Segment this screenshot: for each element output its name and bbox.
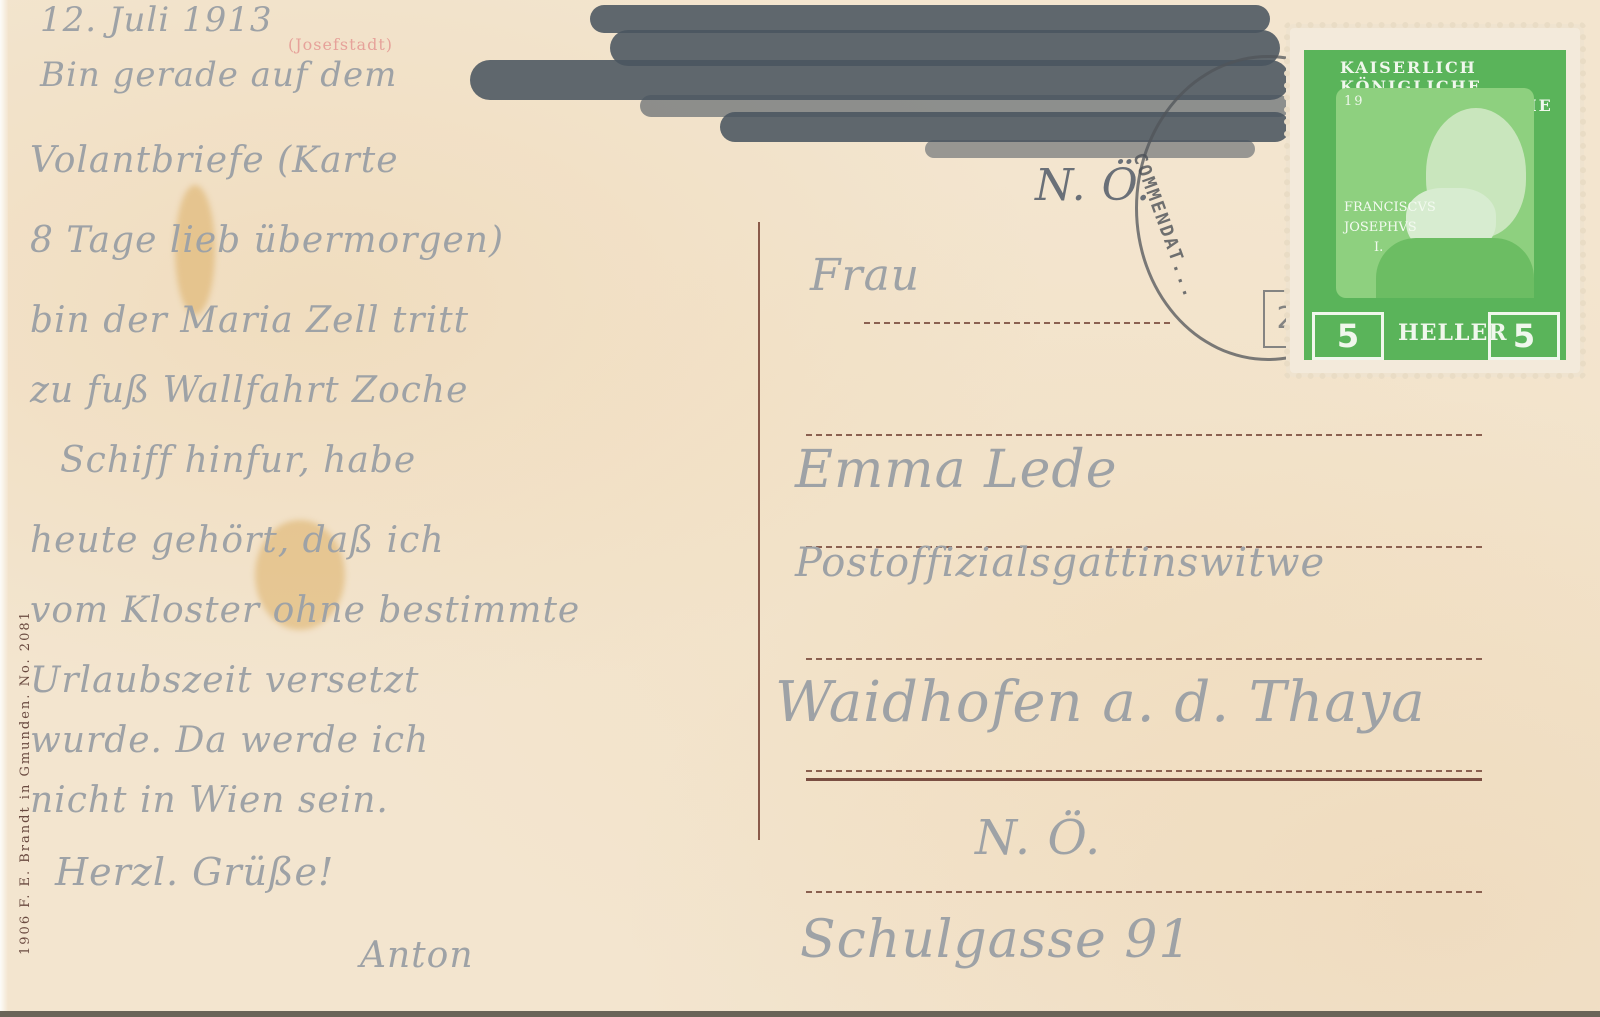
address-dotted-line: [864, 322, 1170, 324]
message-line: nicht in Wien sein.: [30, 780, 389, 821]
address-street: Schulgasse 91: [800, 910, 1193, 970]
date-line: 12. Juli 1913: [40, 0, 273, 40]
address-dotted-line: [806, 658, 1482, 660]
divider-line: [758, 222, 760, 840]
scribble-stroke: [590, 5, 1270, 33]
stamp-value-right: 5: [1488, 312, 1560, 360]
message-line: Volantbriefe (Karte: [30, 140, 399, 181]
postage-stamp: KAISERLICH KÖNIGLICHE ÖSTERREICHISCHE PO…: [1290, 28, 1580, 373]
address-dotted-line: [806, 891, 1482, 893]
message-line: zu fuß Wallfahrt Zoche: [30, 370, 468, 411]
scribble-stroke: [470, 60, 1290, 100]
address-region: N. Ö.: [975, 810, 1101, 866]
address-dotted-line: [806, 434, 1482, 436]
message-line: 8 Tage lieb übermorgen): [30, 220, 504, 261]
address-underline: [806, 778, 1482, 781]
message-line: Bin gerade auf dem: [40, 55, 397, 95]
message-line: bin der Maria Zell tritt: [30, 300, 469, 341]
message-line: heute gehört, daß ich: [30, 520, 445, 561]
emperor-portrait-icon: [1336, 88, 1534, 298]
message-line: vom Kloster ohne bestimmte: [30, 590, 580, 631]
stamp-year: 19: [1344, 94, 1365, 109]
postcard: 1906 F. E. Brandt in Gmunden. No. 2081 (…: [0, 0, 1600, 1017]
message-line: Schiff hinfur, habe: [60, 440, 416, 481]
message-line: Urlaubszeit versetzt: [30, 660, 419, 701]
address-dotted-line: [806, 770, 1482, 772]
address-name: Emma Lede: [795, 440, 1117, 500]
address-city: Waidhofen a. d. Thaya: [775, 670, 1426, 735]
card-bottom-edge: [0, 1011, 1600, 1017]
stamp-caption: FRANCISCVS JOSEPHVS I.: [1344, 198, 1436, 258]
caption-line: FRANCISCVS: [1344, 198, 1436, 218]
caption-line: I.: [1344, 238, 1436, 258]
signature: Anton: [360, 935, 474, 976]
address-salutation: Frau: [810, 250, 920, 301]
message-line: Herzl. Grüße!: [55, 850, 334, 894]
stamp-design: KAISERLICH KÖNIGLICHE ÖSTERREICHISCHE PO…: [1304, 50, 1566, 360]
card-edge: [0, 0, 8, 1017]
stamp-value-left: 5: [1312, 312, 1384, 360]
red-stamp-text: (Josefstadt): [288, 35, 393, 54]
address-title: Postoffizialsgattinswitwe: [795, 540, 1325, 586]
caption-line: JOSEPHVS: [1344, 218, 1436, 238]
message-line: wurde. Da werde ich: [30, 720, 429, 761]
